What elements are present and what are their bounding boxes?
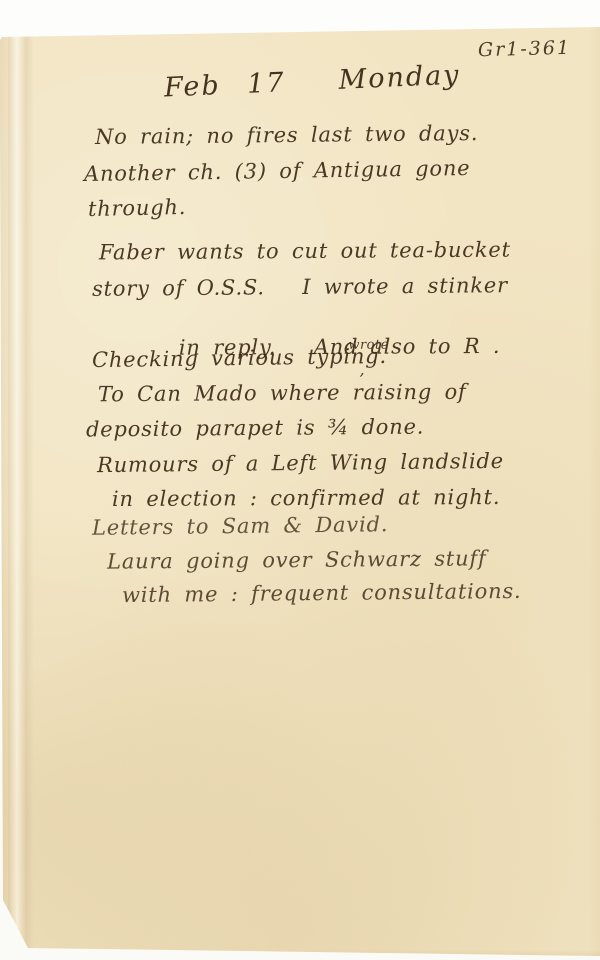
manuscript-line: through. bbox=[88, 195, 187, 221]
paper-crease bbox=[8, 36, 34, 948]
manuscript-page: Gr1-361 Feb 17 Monday No rain; no fires … bbox=[0, 0, 600, 960]
manuscript-line: Another ch. (3) of Antigua gone bbox=[84, 156, 471, 186]
manuscript-line: in election : confirmed at night. bbox=[112, 485, 500, 511]
manuscript-line: Letters to Sam & David. bbox=[92, 512, 389, 540]
manuscript-line: Faber wants to cut out tea-bucket bbox=[99, 238, 511, 265]
manuscript-line: Laura going over Schwarz stuff bbox=[107, 546, 487, 573]
archival-mark: Gr1-361 bbox=[478, 37, 572, 61]
manuscript-line: No rain; no fires last two days. bbox=[95, 121, 478, 149]
manuscript-line: To Can Mado where raising of bbox=[98, 380, 467, 407]
date-heading: Feb 17 Monday bbox=[163, 60, 461, 104]
manuscript-line: with me : frequent consultations. bbox=[122, 579, 522, 607]
manuscript-line: Rumours of a Left Wing landslide bbox=[97, 449, 504, 477]
inserted-line-post: also to R . bbox=[370, 334, 500, 359]
scan-background: Gr1-361 Feb 17 Monday No rain; no fires … bbox=[0, 0, 600, 960]
manuscript-line: Checking various typing. bbox=[92, 344, 387, 372]
manuscript-line: deposito parapet is ¾ done. bbox=[86, 415, 424, 442]
manuscript-line: story of O.S.S. I wrote a stinker bbox=[92, 273, 508, 301]
